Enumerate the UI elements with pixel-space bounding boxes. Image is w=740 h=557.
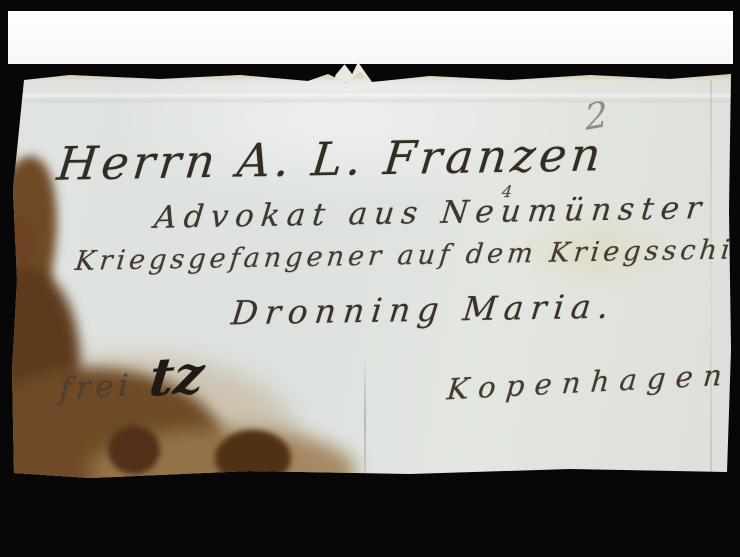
franking-note: frei xyxy=(59,368,135,407)
top-edge-discoloration xyxy=(10,70,734,82)
pencil-number: 2 xyxy=(584,94,610,138)
address-line-recipient: Herrn A. L. Franzen xyxy=(55,127,608,191)
burn-stain-dark-notch xyxy=(108,426,160,474)
catalog-page-strip xyxy=(8,11,733,64)
burn-stain-dark-spot xyxy=(215,430,291,486)
horizontal-fold-crease xyxy=(10,94,734,103)
address-line-ship-name: Dronning Maria. xyxy=(230,287,618,333)
vertical-fold-crease xyxy=(364,355,366,482)
address-line-profession: Advokat aus Neumünster xyxy=(153,190,710,236)
letter-cover: Herrn A. L. Franzen Advokat aus Neumünst… xyxy=(10,70,734,482)
burn-stain-edge-spur xyxy=(0,218,36,262)
rate-mark-paraph: tz xyxy=(146,344,207,409)
address-line-status: Kriegsgefangener auf dem Kriegsschiff xyxy=(74,234,740,277)
annotation-four-mark: 4 xyxy=(501,182,513,201)
vertical-fold-crease-right xyxy=(710,80,712,475)
destination-city: Kopenhagen xyxy=(446,358,734,407)
photo-black-background: Herrn A. L. Franzen Advokat aus Neumünst… xyxy=(0,0,740,557)
